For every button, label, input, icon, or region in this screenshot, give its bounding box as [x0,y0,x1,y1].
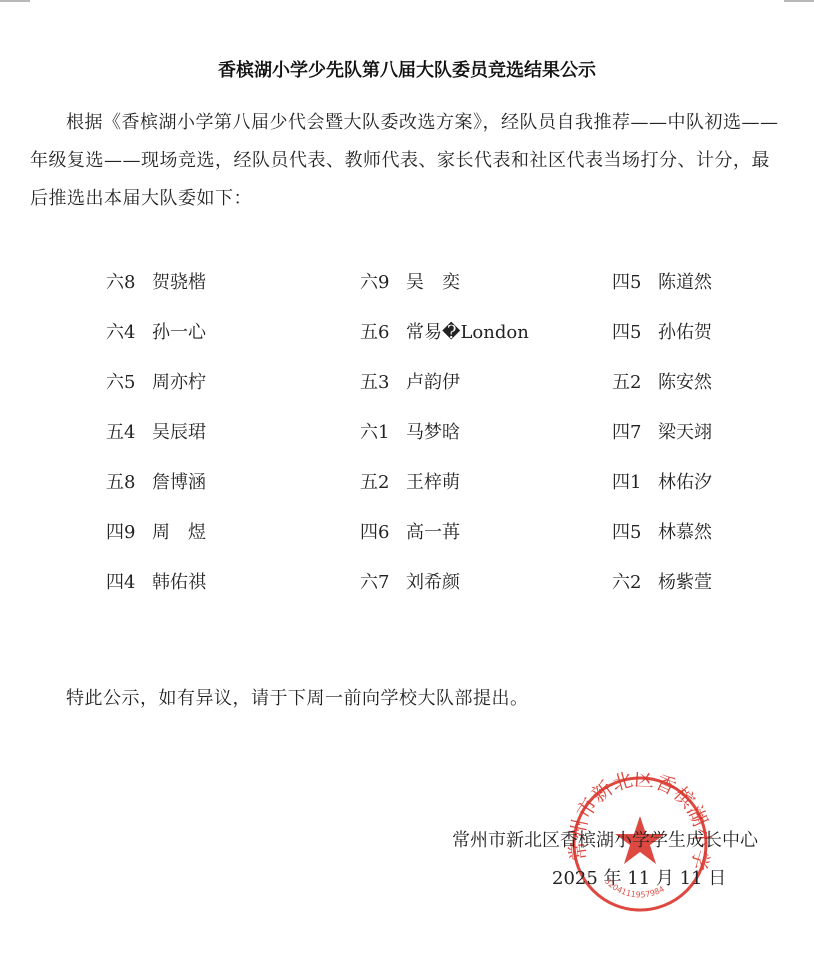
member-name: 林慕然 [658,518,712,548]
member-name: 詹博涵 [152,468,206,498]
member-name: 吴 奕 [406,268,460,298]
roster-entry: 六7刘希颜 [360,568,460,598]
member-name: 陈道然 [658,268,712,298]
roster-row: 六4孙一心五6常易�London四5孙佑贺 [106,318,746,348]
class-label: 四7 [612,418,658,448]
roster-row: 五8詹博涵五2王梓萌四1林佑汐 [106,468,746,498]
member-name: 陈安然 [658,368,712,398]
member-name: 周 煜 [152,518,206,548]
roster-entry: 六9吴 奕 [360,268,460,298]
member-name: 高一苒 [406,518,460,548]
roster-row: 六5周亦柠五3卢韵伊五2陈安然 [106,368,746,398]
roster-entry: 六5周亦柠 [106,368,206,398]
roster-entry: 四6高一苒 [360,518,460,548]
class-label: 六1 [360,418,406,448]
closing-statement: 特此公示，如有异议，请于下周一前向学校大队部提出。 [66,684,529,714]
class-label: 四9 [106,518,152,548]
page-corner-mark-right [784,0,814,2]
class-label: 五2 [360,468,406,498]
class-label: 六4 [106,318,152,348]
member-name: 林佑汐 [658,468,712,498]
roster-entry: 六1马梦晗 [360,418,460,448]
member-name: 常易�London [406,318,529,348]
roster-entry: 六4孙一心 [106,318,206,348]
class-label: 四4 [106,568,152,598]
class-label: 五2 [612,368,658,398]
roster-entry: 五6常易�London [360,318,529,348]
class-label: 四6 [360,518,406,548]
member-name: 杨紫萱 [658,568,712,598]
document-title: 香槟湖小学少先队第八届大队委员竞选结果公示 [0,56,814,82]
roster-entry: 四9周 煜 [106,518,206,548]
member-name: 吴辰珺 [152,418,206,448]
roster-entry: 四4韩佑祺 [106,568,206,598]
class-label: 四1 [612,468,658,498]
member-name: 刘希颜 [406,568,460,598]
roster-row: 四9周 煜四6高一苒四5林慕然 [106,518,746,548]
member-name: 马梦晗 [406,418,460,448]
member-name: 王梓萌 [406,468,460,498]
member-name: 孙一心 [152,318,206,348]
class-label: 六8 [106,268,152,298]
class-label: 五4 [106,418,152,448]
intro-paragraph: 根据《香槟湖小学第八届少代会暨大队委改选方案》，经队员自我推荐——中队初选——年… [30,104,782,218]
roster-entry: 四5林慕然 [612,518,712,548]
member-name: 韩佑祺 [152,568,206,598]
roster-row: 六8贺骁楷六9吴 奕四5陈道然 [106,268,746,298]
member-name: 卢韵伊 [406,368,460,398]
roster-entry: 五8詹博涵 [106,468,206,498]
roster-entry: 四7梁天翊 [612,418,712,448]
roster-entry: 六2杨紫萱 [612,568,712,598]
signature-date: 2025 年 11 月 11 日 [552,864,726,894]
class-label: 五8 [106,468,152,498]
roster-entry: 五3卢韵伊 [360,368,460,398]
page-corner-mark-left [0,0,30,2]
signature-issuer: 常州市新北区香槟湖小学学生成长中心 [452,826,758,856]
roster-entry: 五4吴辰珺 [106,418,206,448]
roster-entry: 四5孙佑贺 [612,318,712,348]
member-name: 贺骁楷 [152,268,206,298]
class-label: 五3 [360,368,406,398]
member-name: 周亦柠 [152,368,206,398]
class-label: 六2 [612,568,658,598]
class-label: 六5 [106,368,152,398]
roster-entry: 四5陈道然 [612,268,712,298]
roster-entry: 五2陈安然 [612,368,712,398]
class-label: 五6 [360,318,406,348]
class-label: 四5 [612,268,658,298]
class-label: 六7 [360,568,406,598]
roster-row: 四4韩佑祺六7刘希颜六2杨紫萱 [106,568,746,598]
class-label: 四5 [612,318,658,348]
member-name: 梁天翊 [658,418,712,448]
class-label: 四5 [612,518,658,548]
class-label: 六9 [360,268,406,298]
member-name: 孙佑贺 [658,318,712,348]
roster-entry: 四1林佑汐 [612,468,712,498]
roster-entry: 五2王梓萌 [360,468,460,498]
roster-entry: 六8贺骁楷 [106,268,206,298]
roster-row: 五4吴辰珺六1马梦晗四7梁天翊 [106,418,746,448]
